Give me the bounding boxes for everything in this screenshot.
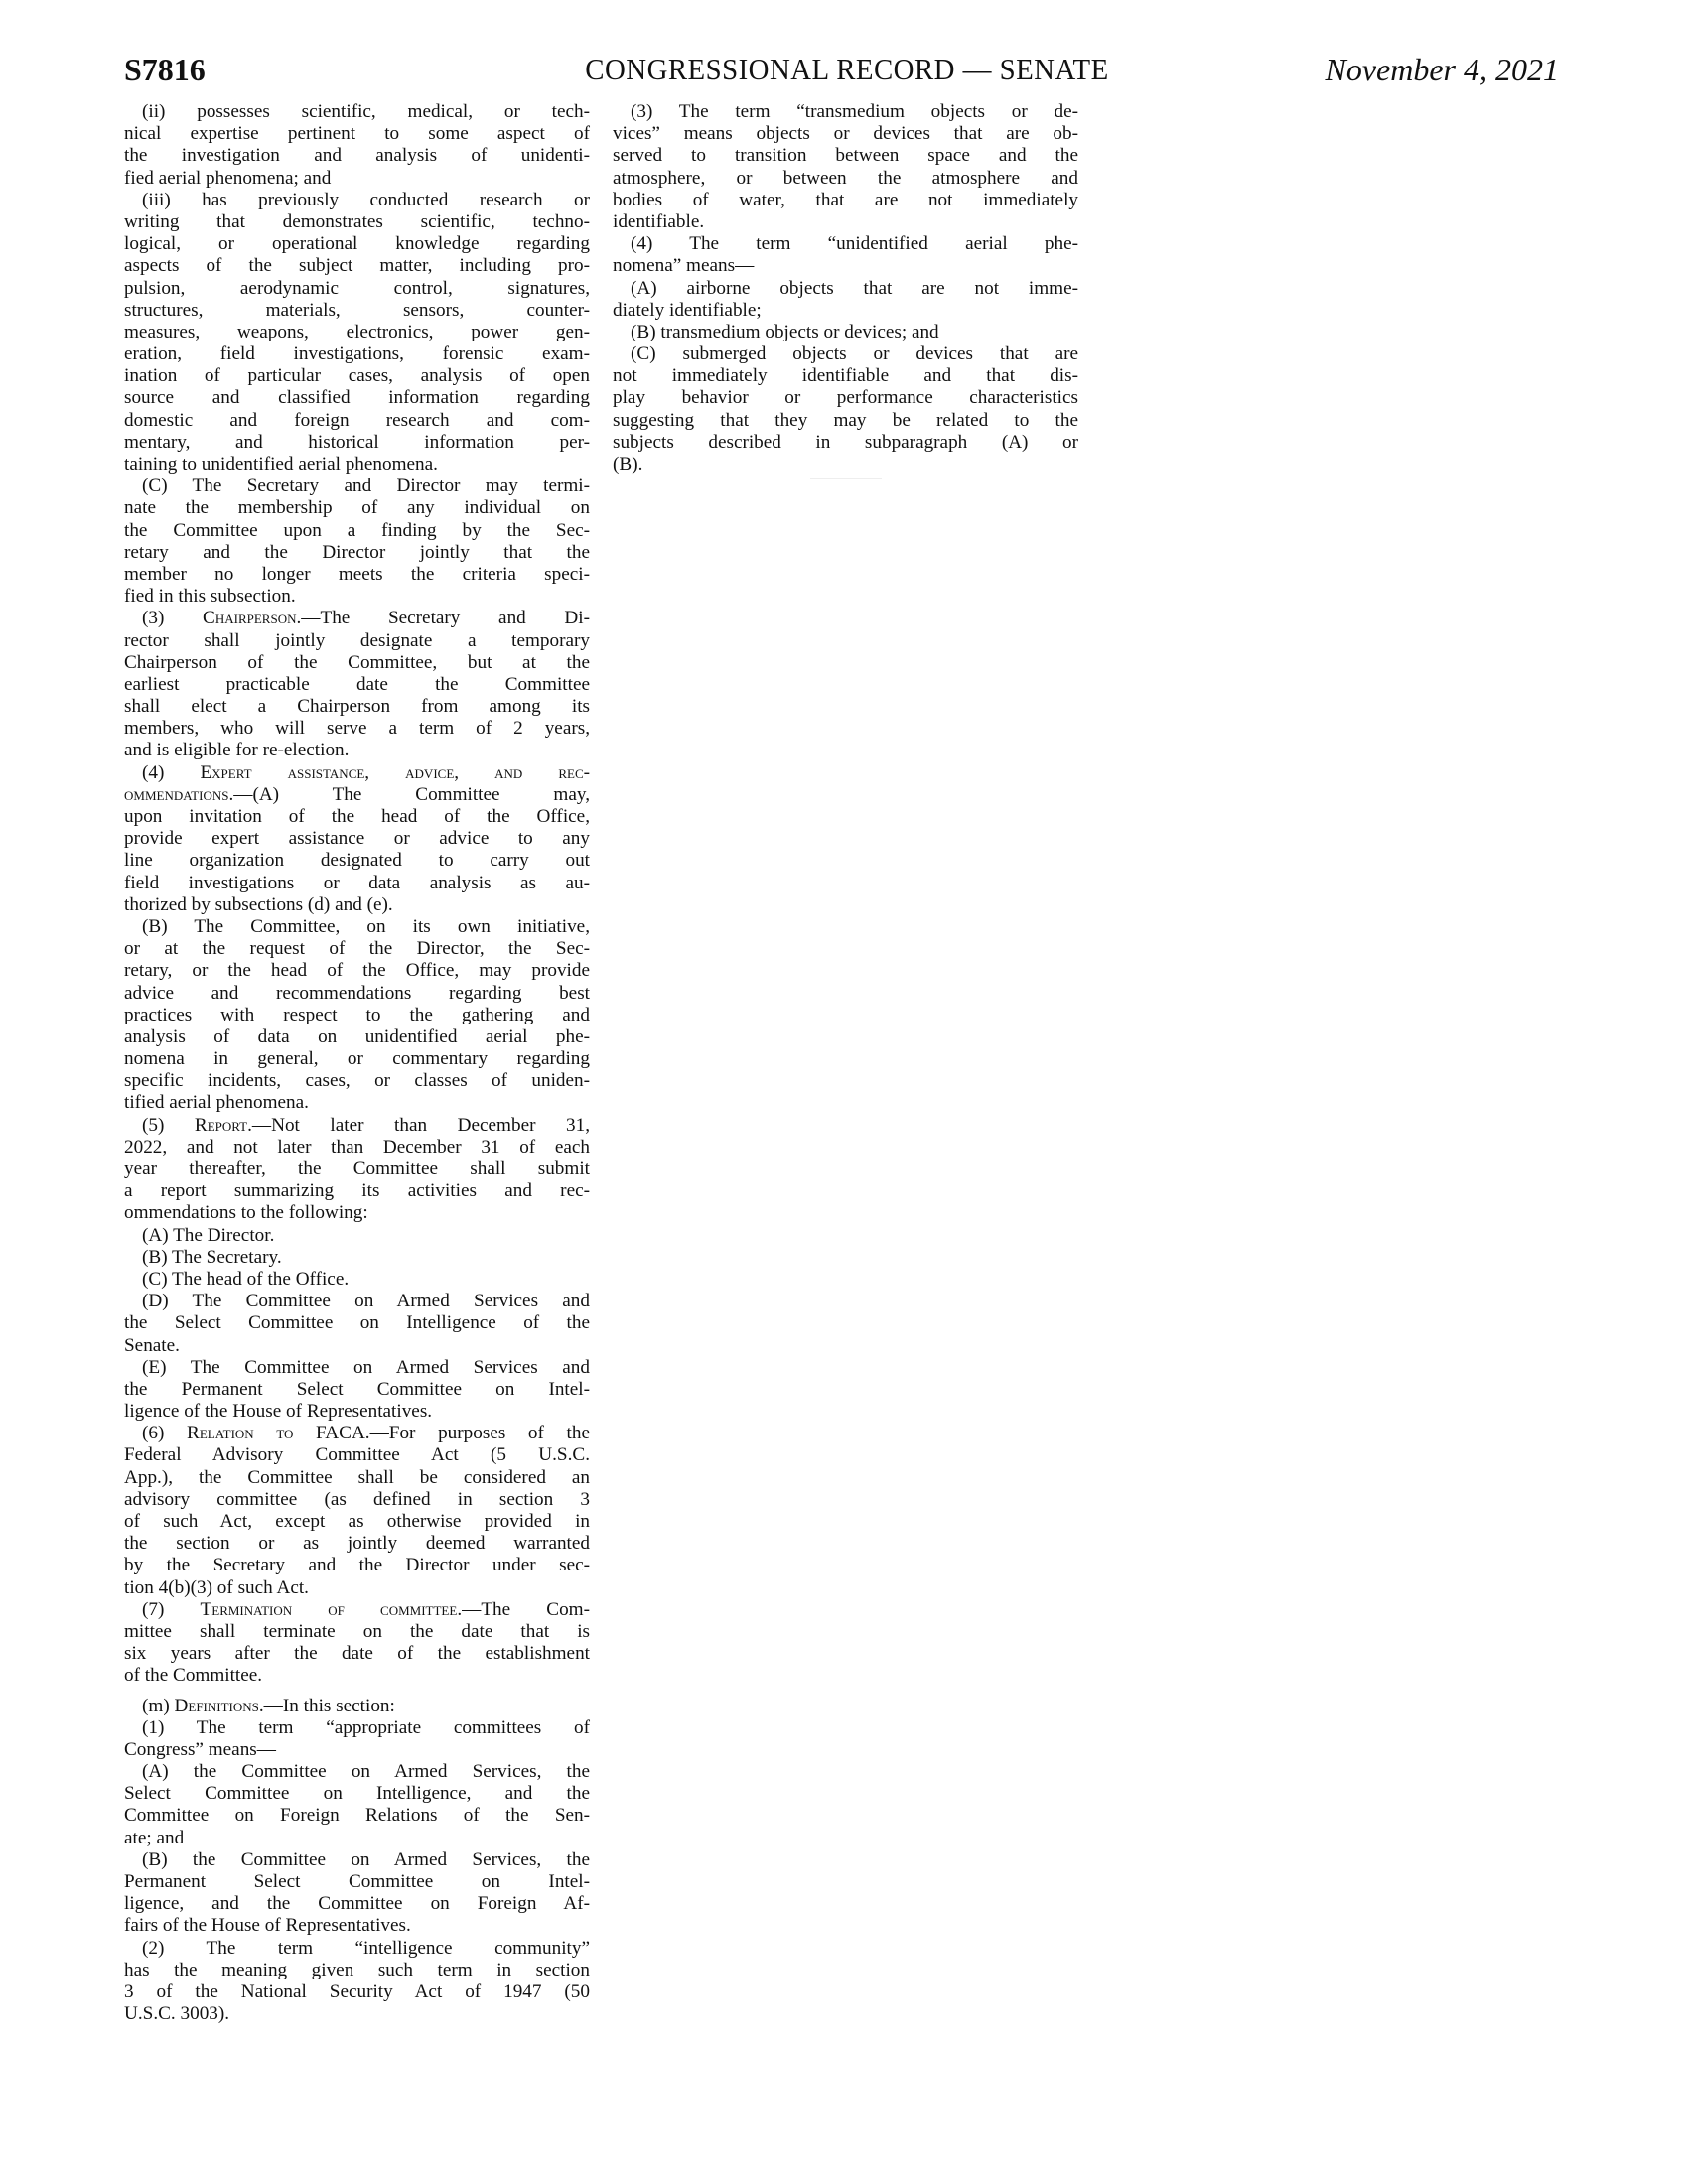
text-line: (3) Chairperson.—The Secretary and Di- [124,608,590,629]
text-line: ligence, and the Committee on Foreign Af… [124,1893,590,1915]
text-line: diately identifiable; [613,300,1078,322]
text-line: ommendations.—(A) The Committee may, [124,784,590,806]
text-line: (6) Relation to FACA.—For purposes of th… [124,1423,590,1444]
text-line: ommendations to the following: [124,1202,590,1224]
text-line: fied aerial phenomena; and [124,168,590,190]
text-line: the Committee upon a finding by the Sec- [124,520,590,542]
text-line: App.), the Committee shall be considered… [124,1467,590,1489]
text-line: provide expert assistance or advice to a… [124,828,590,850]
text-line: retary, or the head of the Office, may p… [124,960,590,982]
text-line: a report summarizing its activities and … [124,1180,590,1202]
text-line: Congress” means— [124,1739,590,1761]
text-line: fairs of the House of Representatives. [124,1915,590,1937]
section-heading: Report. [195,1115,252,1136]
text-line: (A) airborne objects that are not imme- [613,278,1078,300]
text-line: atmosphere, or between the atmosphere an… [613,168,1078,190]
text-line: (iii) has previously conducted research … [124,190,590,211]
section-heading: Chairperson. [203,608,301,628]
paragraph-m1B: (B) the Committee on Armed Services, the… [124,1849,590,1938]
text-line: structures, materials, sensors, counter- [124,300,590,322]
paragraph-C: (C) The Secretary and Director may termi… [124,476,590,608]
text-line: (A) the Committee on Armed Services, the [124,1761,590,1783]
text-line: mittee shall terminate on the date that … [124,1621,590,1643]
text-line: U.S.C. 3003). [124,2003,590,2025]
paragraph-5C: (C) The head of the Office. [124,1269,590,1291]
text-line: identifiable. [613,211,1078,233]
text-line: (ii) possesses scientific, medical, or t… [124,101,590,123]
text-line: year thereafter, the Committee shall sub… [124,1159,590,1180]
text-line: tified aerial phenomena. [124,1092,590,1114]
text-line: (4) The term “unidentified aerial phe- [613,233,1078,255]
text-line: Senate. [124,1335,590,1357]
text-line: ate; and [124,1828,590,1849]
section-heading: Expert assistance, advice, and rec- [200,762,590,783]
text-line: (D) The Committee on Armed Services and [124,1291,590,1312]
text-line: served to transition between space and t… [613,145,1078,167]
text-line: bodies of water, that are not immediatel… [613,190,1078,211]
text-line: mentary, and historical information per- [124,432,590,454]
text-line: (7) Termination of committee.—The Com- [124,1599,590,1621]
paragraph-5E: (E) The Committee on Armed Services andt… [124,1357,590,1424]
paragraph-gap [124,1688,590,1696]
text-line: or at the request of the Director, the S… [124,938,590,960]
text-line: member no longer meets the criteria spec… [124,564,590,586]
text-line: (1) The term “appropriate committees of [124,1717,590,1739]
text-line: (B) transmedium objects or devices; and [613,322,1078,343]
paragraph-6: (6) Relation to FACA.—For purposes of th… [124,1423,590,1599]
text-line: subjects described in subparagraph (A) o… [613,432,1078,454]
issue-date: November 4, 2021 [1325,52,1559,87]
paragraph-7: (7) Termination of committee.—The Com-mi… [124,1599,590,1688]
text-line: 3 of the National Security Act of 1947 (… [124,1981,590,2003]
text-line: (5) Report.—Not later than December 31, [124,1115,590,1137]
text-line: ination of particular cases, analysis of… [124,365,590,387]
text-line: (B) the Committee on Armed Services, the [124,1849,590,1871]
page-number: S7816 [124,52,206,87]
text-line: of the Committee. [124,1665,590,1687]
text-line: of such Act, except as otherwise provide… [124,1511,590,1533]
text-line: (E) The Committee on Armed Services and [124,1357,590,1379]
text-line: pulsion, aerodynamic control, signatures… [124,278,590,300]
text-line: Federal Advisory Committee Act (5 U.S.C. [124,1444,590,1466]
text-line: (C) The Secretary and Director may termi… [124,476,590,497]
text-line: analysis of data on unidentified aerial … [124,1026,590,1048]
text-line: writing that demonstrates scientific, te… [124,211,590,233]
text-line: retary and the Director jointly that the [124,542,590,564]
text-line: advice and recommendations regarding bes… [124,983,590,1005]
text-line: by the Secretary and the Director under … [124,1555,590,1576]
paragraph-m4B: (B) transmedium objects or devices; and [613,322,1078,343]
text-line: shall elect a Chairperson from among its [124,696,590,718]
text-line: six years after the date of the establis… [124,1643,590,1665]
text-line: nomena in general, or commentary regardi… [124,1048,590,1070]
text-line: (C) submerged objects or devices that ar… [613,343,1078,365]
text-line: advisory committee (as defined in sectio… [124,1489,590,1511]
text-line: logical, or operational knowledge regard… [124,233,590,255]
text-line: members, who will serve a term of 2 year… [124,718,590,740]
text-line: (C) The head of the Office. [124,1269,590,1291]
text-line: practices with respect to the gathering … [124,1005,590,1026]
text-line: nical expertise pertinent to some aspect… [124,123,590,145]
text-line: upon invitation of the head of the Offic… [124,806,590,828]
paragraph-5: (5) Report.—Not later than December 31,2… [124,1115,590,1225]
text-line: aspects of the subject matter, including… [124,255,590,277]
text-line: suggesting that they may be related to t… [613,410,1078,432]
text-line: (A) The Director. [124,1225,590,1247]
text-line: (4) Expert assistance, advice, and rec- [124,762,590,784]
text-line: eration, field investigations, forensic … [124,343,590,365]
paragraph-5D: (D) The Committee on Armed Services andt… [124,1291,590,1357]
running-title: CONGRESSIONAL RECORD — SENATE [570,52,1124,87]
section-heading: Termination of committee. [201,1599,463,1620]
text-line: the Permanent Select Committee on Intel- [124,1379,590,1401]
section-heading: Relation to FACA. [187,1423,370,1443]
text-line: (3) The term “transmedium objects or de- [613,101,1078,123]
paragraph-5B: (B) The Secretary. [124,1247,590,1269]
right-column: (3) The term “transmedium objects or de-… [613,101,1078,476]
text-line: specific incidents, cases, or classes of… [124,1070,590,1092]
text-line: measures, weapons, electronics, power ge… [124,322,590,343]
text-line: (B). [613,454,1078,476]
text-line: the investigation and analysis of uniden… [124,145,590,167]
text-line: earliest practicable date the Committee [124,674,590,696]
paragraph-3: (3) Chairperson.—The Secretary and Di-re… [124,608,590,761]
paragraph-m1: (1) The term “appropriate committees ofC… [124,1717,590,1761]
text-line: 2022, and not later than December 31 of … [124,1137,590,1159]
paragraph-m4C: (C) submerged objects or devices that ar… [613,343,1078,476]
section-heading: ommendations. [124,784,233,805]
text-line: the section or as jointly deemed warrant… [124,1533,590,1555]
text-line: fied in this subsection. [124,586,590,608]
text-line: the Select Committee on Intelligence of … [124,1312,590,1334]
text-line: Permanent Select Committee on Intel- [124,1871,590,1893]
text-line: has the meaning given such term in secti… [124,1960,590,1981]
text-line: nate the membership of any individual on [124,497,590,519]
paragraph-4A: (4) Expert assistance, advice, and rec-o… [124,762,590,916]
paragraph-m: (m) Definitions.—In this section: [124,1696,590,1717]
paragraph-5A: (A) The Director. [124,1225,590,1247]
paragraph-m2: (2) The term “intelligence community”has… [124,1938,590,2026]
text-line: taining to unidentified aerial phenomena… [124,454,590,476]
text-line: vices” means objects or devices that are… [613,123,1078,145]
text-line: field investigations or data analysis as… [124,873,590,894]
text-line: ligence of the House of Representatives. [124,1401,590,1423]
end-rule [810,478,882,479]
page-header: S7816 CONGRESSIONAL RECORD — SENATE Nove… [0,50,1688,89]
paragraph-iii: (iii) has previously conducted research … [124,190,590,476]
text-line: nomena” means— [613,255,1078,277]
text-line: not immediately identifiable and that di… [613,365,1078,387]
paragraph-m4: (4) The term “unidentified aerial phe-no… [613,233,1078,277]
paragraph-4B: (B) The Committee, on its own initiative… [124,916,590,1115]
text-line: tion 4(b)(3) of such Act. [124,1577,590,1599]
text-line: (B) The Secretary. [124,1247,590,1269]
paragraph-m4A: (A) airborne objects that are not imme-d… [613,278,1078,322]
text-line: and is eligible for re-election. [124,740,590,761]
text-line: (B) The Committee, on its own initiative… [124,916,590,938]
paragraph-m1A: (A) the Committee on Armed Services, the… [124,1761,590,1849]
text-line: Chairperson of the Committee, but at the [124,652,590,674]
text-line: Select Committee on Intelligence, and th… [124,1783,590,1805]
paragraph-m3: (3) The term “transmedium objects or de-… [613,101,1078,233]
text-line: line organization designated to carry ou… [124,850,590,872]
text-line: Committee on Foreign Relations of the Se… [124,1805,590,1827]
text-line: source and classified information regard… [124,387,590,409]
left-column: (ii) possesses scientific, medical, or t… [124,101,590,2025]
section-heading: Definitions. [175,1696,264,1716]
text-line: (m) Definitions.—In this section: [124,1696,590,1717]
text-line: (2) The term “intelligence community” [124,1938,590,1960]
text-line: play behavior or performance characteris… [613,387,1078,409]
paragraph-ii: (ii) possesses scientific, medical, or t… [124,101,590,190]
text-line: thorized by subsections (d) and (e). [124,894,590,916]
text-line: rector shall jointly designate a tempora… [124,630,590,652]
text-line: domestic and foreign research and com- [124,410,590,432]
